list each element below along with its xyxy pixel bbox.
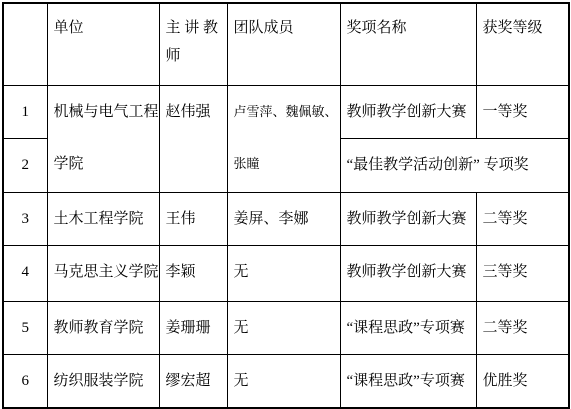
cell-r1-number: 1: [3, 85, 47, 138]
header-cell-team: 团队成员: [227, 3, 340, 85]
header-cell-teacher: 主 讲 教 师: [159, 3, 227, 85]
awards-document: 单位 主 讲 教 师 团队成员 奖项名称 获奖等级 1 机械与电气工程 学院 赵…: [2, 2, 570, 409]
cell-r4-award: 教师教学创新大赛: [340, 245, 476, 301]
cell-r3-number: 3: [3, 192, 47, 245]
cell-r2-number: 2: [3, 138, 47, 192]
cell-r5-level: 二等奖: [476, 301, 569, 354]
table-row: 3 土木工程学院 王伟 姜屏、李娜 教师教学创新大赛 二等奖: [3, 192, 569, 245]
cell-r4-unit: 马克思主义学院: [47, 245, 159, 301]
table-row: 4 马克思主义学院 李颖 无 教师教学创新大赛 三等奖: [3, 245, 569, 301]
cell-r6-teacher: 缪宏超: [159, 354, 227, 408]
cell-r1-award: 教师教学创新大赛: [340, 85, 476, 138]
header-cell-number: [3, 3, 47, 85]
table-header-row: 单位 主 讲 教 师 团队成员 奖项名称 获奖等级: [3, 3, 569, 85]
cell-r5-number: 5: [3, 301, 47, 354]
cell-r5-team: 无: [227, 301, 340, 354]
cell-r3-team: 姜屏、李娜: [227, 192, 340, 245]
cell-r3-unit: 土木工程学院: [47, 192, 159, 245]
cell-r3-level: 二等奖: [476, 192, 569, 245]
table-row: 6 纺织服装学院 缪宏超 无 “课程思政”专项赛 优胜奖: [3, 354, 569, 408]
cell-r4-teacher: 李颖: [159, 245, 227, 301]
awards-table: 单位 主 讲 教 师 团队成员 奖项名称 获奖等级 1 机械与电气工程 学院 赵…: [2, 2, 570, 409]
cell-r6-number: 6: [3, 354, 47, 408]
cell-r6-team: 无: [227, 354, 340, 408]
cell-r4-level: 三等奖: [476, 245, 569, 301]
header-cell-award: 奖项名称: [340, 3, 476, 85]
header-cell-level: 获奖等级: [476, 3, 569, 85]
cell-r4-team: 无: [227, 245, 340, 301]
cell-r6-level: 优胜奖: [476, 354, 569, 408]
cell-r6-award: “课程思政”专项赛: [340, 354, 476, 408]
cell-r5-award: “课程思政”专项赛: [340, 301, 476, 354]
cell-r1-team: 卢雪萍、魏佩敏、 张瞳: [227, 85, 340, 192]
cell-r3-award: 教师教学创新大赛: [340, 192, 476, 245]
cell-r1-level: 一等奖: [476, 85, 569, 138]
table-row: 1 机械与电气工程 学院 赵伟强 卢雪萍、魏佩敏、 张瞳 教师教学创新大赛 一等…: [3, 85, 569, 138]
cell-r2-award-merged: “最佳教学活动创新” 专项奖: [340, 138, 569, 192]
cell-r5-unit: 教师教育学院: [47, 301, 159, 354]
cell-r4-number: 4: [3, 245, 47, 301]
cell-r1-unit: 机械与电气工程 学院: [47, 85, 159, 192]
cell-r5-teacher: 姜珊珊: [159, 301, 227, 354]
table-row: 5 教师教育学院 姜珊珊 无 “课程思政”专项赛 二等奖: [3, 301, 569, 354]
cell-r1-teacher: 赵伟强: [159, 85, 227, 192]
header-cell-unit: 单位: [47, 3, 159, 85]
cell-r6-unit: 纺织服装学院: [47, 354, 159, 408]
cell-r3-teacher: 王伟: [159, 192, 227, 245]
